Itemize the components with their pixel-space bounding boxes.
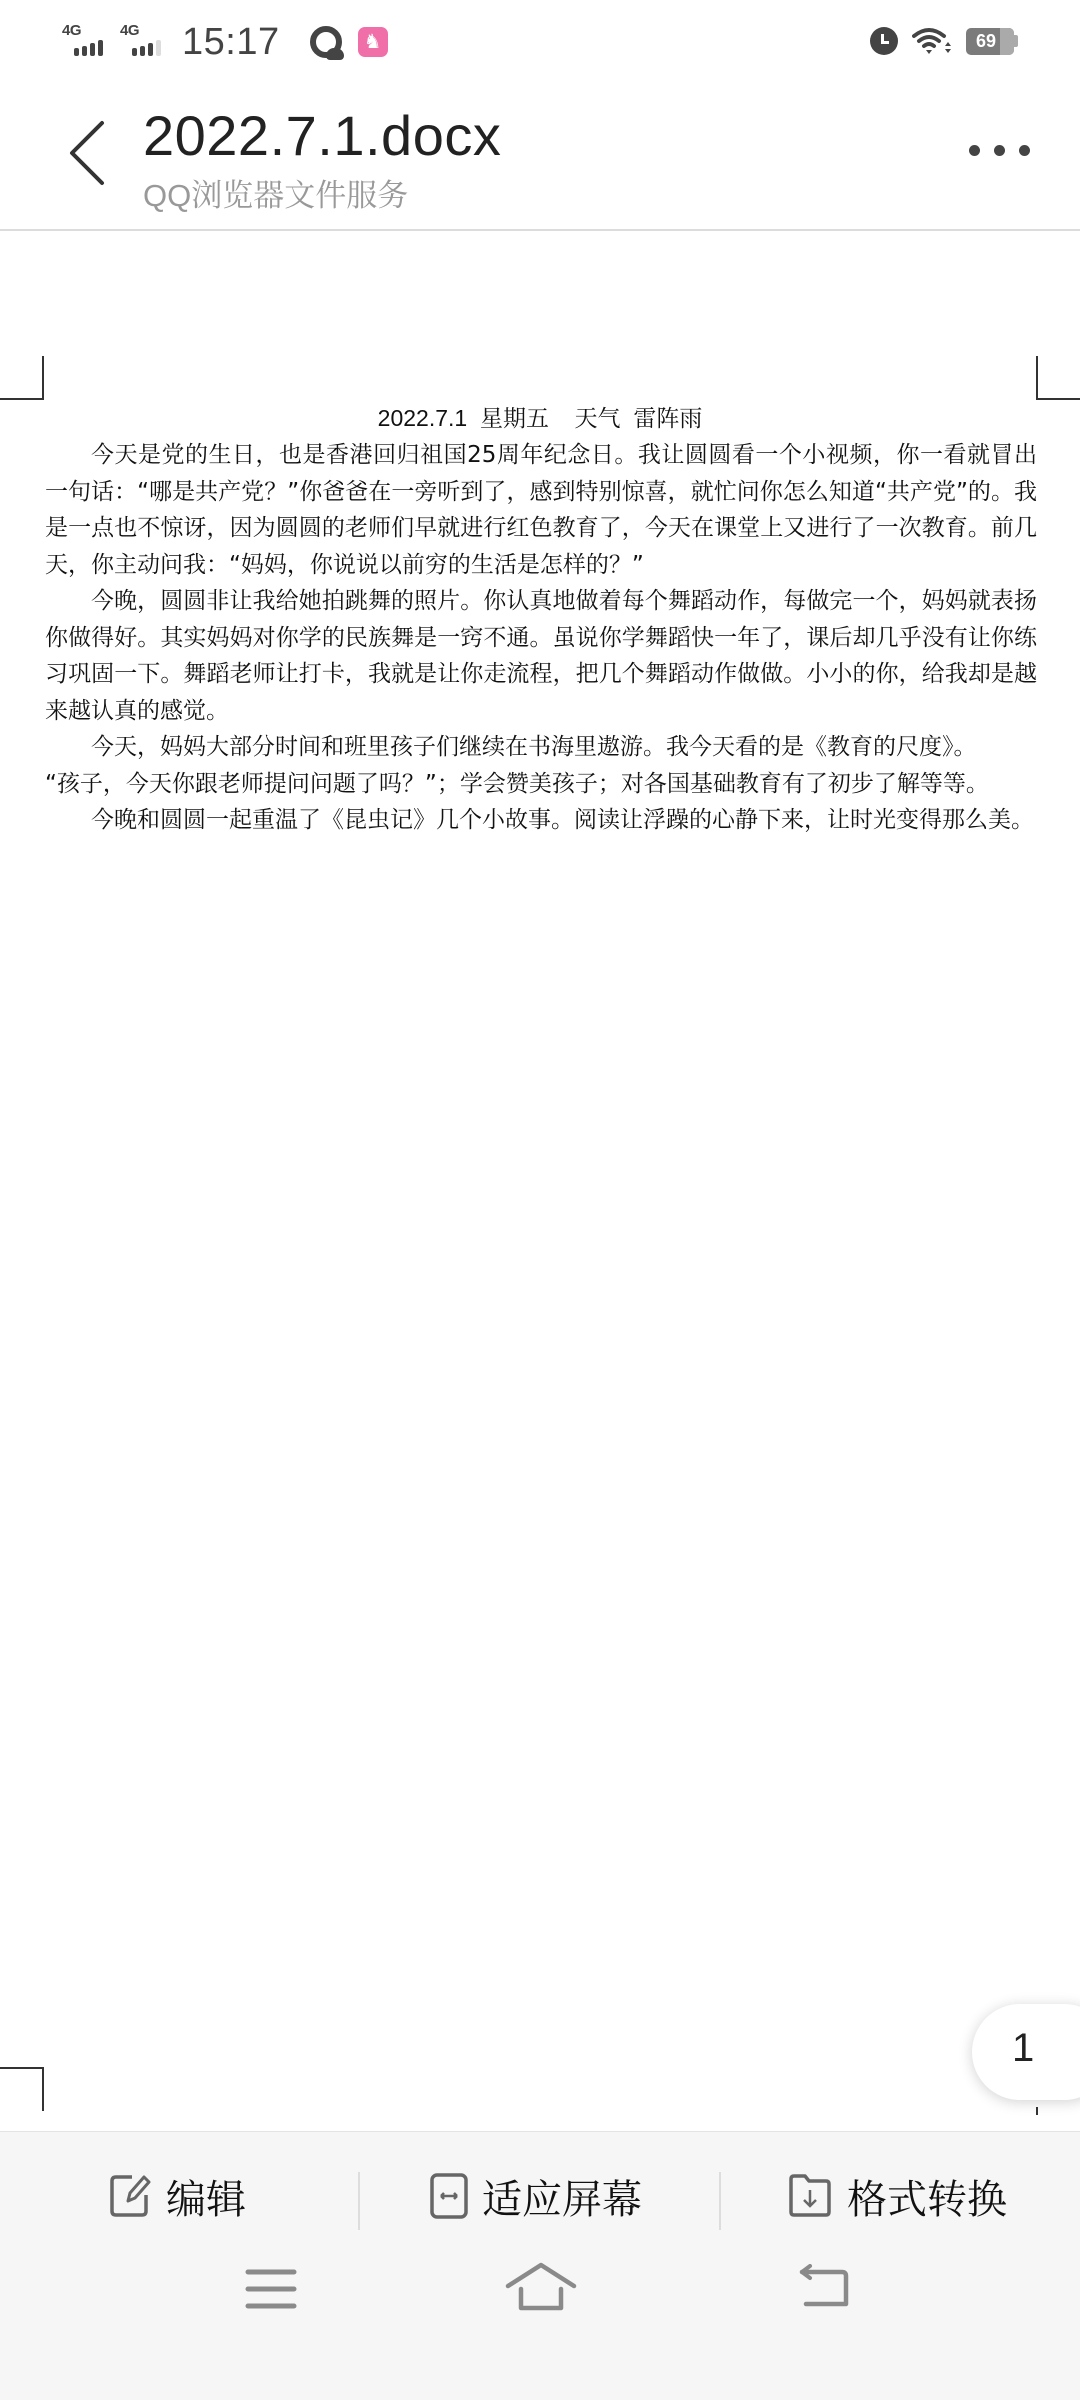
qq-browser-icon	[310, 26, 342, 58]
paragraph: 今天，妈妈大部分时间和班里孩子们继续在书海里遨游。我今天看的是《教育的尺度》。	[45, 729, 1037, 766]
chevron-left-icon	[62, 115, 114, 195]
network-type-label: 4G	[62, 22, 81, 39]
document-heading: 2022.7.1 星期五 天气 雷阵雨	[0, 400, 1080, 433]
more-dot-icon	[1019, 145, 1030, 156]
clock: 15:17	[182, 21, 280, 64]
home-button[interactable]	[505, 2262, 577, 2317]
battery-level: 69	[976, 31, 1004, 51]
file-source: QQ浏览器文件服务	[143, 170, 408, 215]
battery-icon: 69	[966, 28, 1014, 55]
paragraph: 今天是党的生日，也是香港回归祖国25周年纪念日。我让圆圆看一个小视频，你一看就冒…	[45, 437, 1037, 583]
more-dot-icon	[969, 145, 980, 156]
back-button[interactable]	[62, 115, 114, 195]
divider	[719, 2172, 721, 2230]
signal-icon: 4G	[120, 22, 170, 62]
home-icon	[505, 2262, 577, 2312]
fit-screen-icon	[430, 2173, 468, 2219]
title-bar: 2022.7.1.docx QQ浏览器文件服务	[0, 85, 1080, 231]
format-convert-button[interactable]: 格式转换	[787, 2170, 1007, 2222]
more-dot-icon	[994, 145, 1005, 156]
page-number: 1	[1012, 2026, 1034, 2071]
bottom-toolbar: 编辑 适应屏幕 格式转换	[0, 2131, 1080, 2400]
wifi-icon	[912, 26, 952, 56]
page-indicator[interactable]: 1	[972, 2004, 1080, 2100]
battery-tip	[1014, 35, 1018, 47]
paragraph: “孩子，今天你跟老师提问问题了吗？”；学会赞美孩子；对各国基础教育有了初步了解等…	[45, 766, 1037, 803]
alarm-icon	[870, 27, 898, 55]
fit-screen-label: 适应屏幕	[482, 2168, 642, 2225]
back-icon	[798, 2264, 850, 2310]
network-type-label: 4G	[120, 22, 139, 39]
fit-screen-button[interactable]: 适应屏幕	[430, 2170, 642, 2222]
menu-icon	[245, 2268, 297, 2310]
margin-corner-mark	[0, 2067, 44, 2111]
document-viewer[interactable]: 2022.7.1 星期五 天气 雷阵雨 今天是党的生日，也是香港回归祖国25周年…	[0, 231, 1080, 2131]
document-body: 今天是党的生日，也是香港回归祖国25周年纪念日。我让圆圆看一个小视频，你一看就冒…	[45, 437, 1037, 839]
divider	[358, 2172, 360, 2230]
margin-corner-mark	[0, 356, 44, 400]
signal-icon: 4G	[62, 22, 112, 62]
edit-button[interactable]: 编辑	[108, 2170, 246, 2222]
status-bar: 4G 4G 15:17 ♞ 69	[0, 0, 1080, 85]
file-title: 2022.7.1.docx	[143, 103, 501, 168]
format-convert-label: 格式转换	[847, 2168, 1007, 2225]
folder-download-icon	[787, 2173, 833, 2219]
back-nav-button[interactable]	[798, 2264, 850, 2315]
paragraph: 今晚和圆圆一起重温了《昆虫记》几个小故事。阅读让浮躁的心静下来，让时光变得那么美…	[45, 802, 1037, 839]
paragraph: 今晚，圆圆非让我给她拍跳舞的照片。你认真地做着每个舞蹈动作，每做完一个，妈妈就表…	[45, 583, 1037, 729]
margin-corner-mark	[1036, 2107, 1039, 2115]
edit-label: 编辑	[166, 2168, 246, 2225]
rocking-horse-app-icon: ♞	[358, 27, 388, 57]
edit-icon	[108, 2173, 152, 2219]
margin-corner-mark	[1036, 356, 1080, 400]
more-button[interactable]	[969, 145, 1030, 156]
recent-apps-button[interactable]	[245, 2268, 297, 2315]
